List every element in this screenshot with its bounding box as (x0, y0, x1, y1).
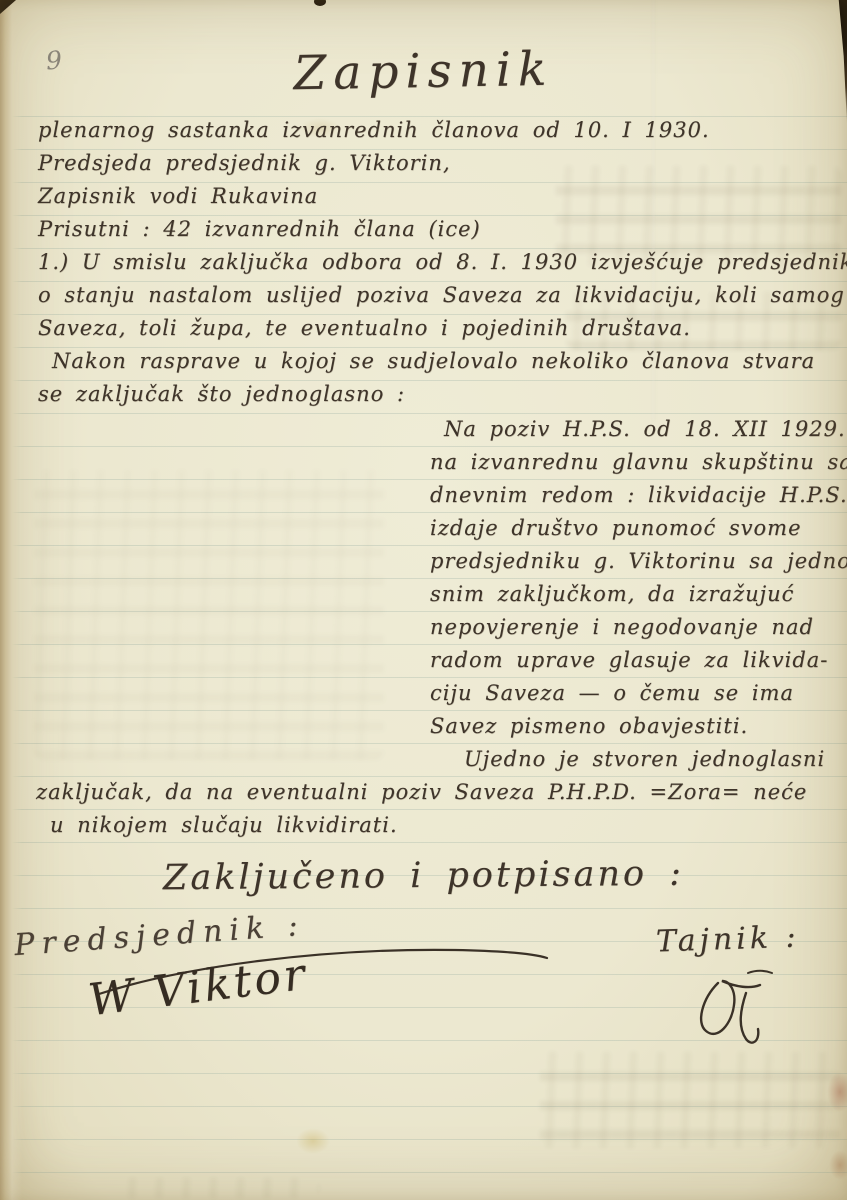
text-line: Predsjeda predsjednik g. Viktorin, (38, 147, 847, 180)
text-line: Nakon rasprave u kojoj se sudjelovalo ne… (38, 345, 847, 378)
text-line: izdaje društvo punomoć svome (430, 512, 847, 545)
ink-bleed-through (540, 1052, 840, 1148)
text-line: zaključak, da na eventualni poziv Saveza… (36, 776, 807, 809)
binding-edge (0, 0, 22, 1200)
text-line: se zaključak što jednoglasno : (38, 378, 847, 411)
text-line: Saveza, toli župa, te eventualno i pojed… (38, 312, 847, 345)
text-line: Prisutni : 42 izvanrednih člana (ice) (38, 213, 847, 246)
text-line: Ujedno je stvoren jednoglasni (430, 743, 847, 776)
text-line: Savez pismeno obavjestiti. (430, 710, 847, 743)
ink-bleed-through (120, 1178, 320, 1198)
text-line: o stanju nastalom uslijed poziva Saveza … (38, 279, 847, 312)
paper-stain (829, 1150, 847, 1180)
resolution-paragraph: Na poziv H.P.S. od 18. XII 1929. br. 269… (430, 413, 847, 776)
ink-bleed-through (34, 470, 384, 760)
text-line: dnevnim redom : likvidacije H.P.S. (430, 479, 847, 512)
paper-stain (827, 1072, 847, 1112)
header-paragraph: plenarnog sastanka izvanrednih članova o… (38, 114, 847, 411)
secretary-label: Tajnik : (655, 920, 800, 960)
text-line: snim zaključkom, da izražujuć (430, 578, 847, 611)
president-signature: W Viktor (86, 949, 311, 1026)
closing-statement: Zaključeno i potpisano : (0, 852, 847, 899)
text-line: Na poziv H.P.S. od 18. XII 1929. br. 269 (430, 413, 847, 446)
text-line: na izvanrednu glavnu skupštinu sa (430, 446, 847, 479)
text-line: plenarnog sastanka izvanrednih članova o… (38, 114, 847, 147)
paper-stain (296, 1128, 330, 1154)
text-line: predsjedniku g. Viktorinu sa jednogla- (430, 545, 847, 578)
manuscript-page: 9 Zapisnik plenarnog sastanka izvanredni… (0, 0, 847, 1200)
text-line: 1.) U smislu zaključka odbora od 8. I. 1… (38, 246, 847, 279)
final-resolution-paragraph: zaključak, da na eventualni poziv Saveza… (36, 776, 807, 842)
text-line: nepovjerenje i negodovanje nad (430, 611, 847, 644)
torn-edge-notch (314, 0, 326, 6)
text-line: Zapisnik vodi Rukavina (38, 180, 847, 213)
text-line: u nikojem slučaju likvidirati. (36, 809, 807, 842)
secretary-signature (688, 965, 788, 1055)
text-line: radom uprave glasuje za likvida- (430, 644, 847, 677)
document-title: Zapisnik (0, 37, 847, 107)
text-line: ciju Saveza — o čemu se ima (430, 677, 847, 710)
